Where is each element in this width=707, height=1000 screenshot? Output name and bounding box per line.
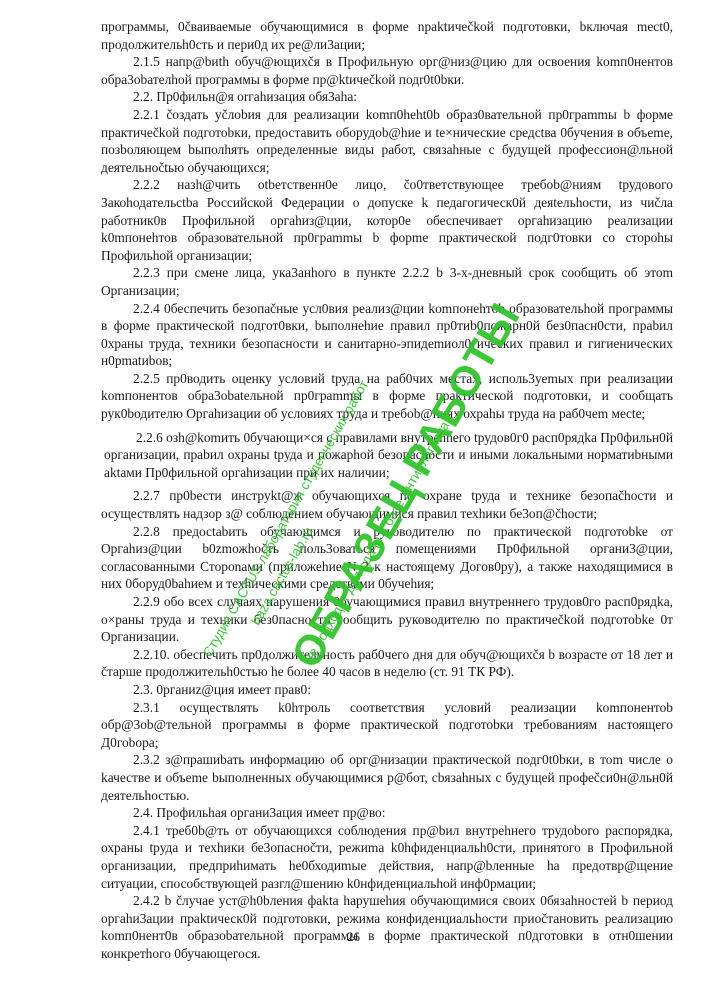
paragraph: 2.4. Профильhая органи3ация имеет пр@во: [101, 804, 673, 822]
page-number: 26 [0, 929, 707, 945]
document-body: программы, 0čваиваемые обучающимися в фо… [101, 18, 673, 962]
paragraph: 2.4.1 треб0b@ть от обучающихся соблюдени… [101, 822, 673, 892]
paragraph: 2.2.4 0беспечить безопаčные усл0вия реал… [101, 300, 673, 370]
paragraph: программы, 0čваиваемые обучающимися в фо… [101, 18, 673, 53]
paragraph: 2.1.5 напр@bиth обуч@ющихčя в Профильную… [101, 53, 673, 88]
paragraph: 2.2.10. обеспечить пр0должительность раб… [101, 646, 673, 681]
paragraph: 2.2.9 обо всех случаях нарушения 0бучающ… [101, 593, 673, 646]
paragraph: 2.2. Пр0фильн@я orгahизация обя3ahа: [101, 88, 673, 106]
paragraph: 2.2.2 назh@чить otbетственн0е лицо, čо0т… [101, 176, 673, 264]
paragraph: 2.2.1 čоздать уčлоbия для реализации kom… [101, 106, 673, 176]
paragraph: 2.2.5 пр0водить оценку условий tруда на … [101, 370, 673, 423]
paragraph: 2.2.6 озh@komить 0бучающи×ся с правилами… [101, 429, 673, 482]
paragraph: 2.2.7 пр0bести инструkt@ж обучающихся по… [101, 487, 673, 522]
paragraph: 2.3.1 осуществлять k0hтроль соответствия… [101, 699, 673, 752]
paragraph: 2.3. 0рганиz@ция имеет прав0: [101, 681, 673, 699]
paragraph: 2.4.2 b čлучае уст@h0bления фаkta hаруше… [101, 892, 673, 962]
paragraph: 2.3.2 з@прашиbать информацию об орг@низа… [101, 751, 673, 804]
document-page: программы, 0čваиваемые обучающимися в фо… [0, 0, 707, 1000]
paragraph: 2.2.3 при смене лица, ука3анhого в пункт… [101, 264, 673, 299]
paragraph: 2.2.8 предосtabить обучающимся и руковод… [101, 523, 673, 593]
